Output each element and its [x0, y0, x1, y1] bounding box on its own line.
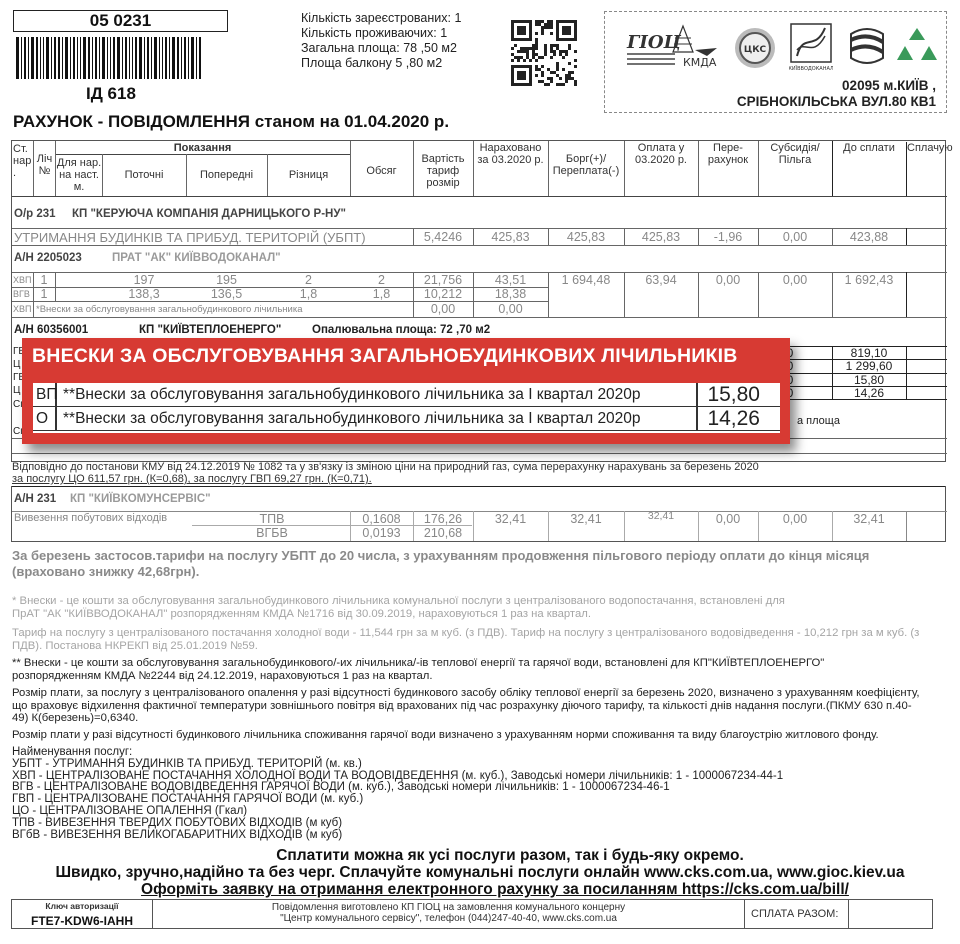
teplo-to-pay-4: 14,26 [832, 386, 906, 400]
note-heating-coefficient: Розмір плати, за послугу з централізован… [12, 687, 947, 725]
note-2-line-1: Тариф на послугу з централізованого пост… [12, 627, 947, 640]
auth-key-label: Ключ авторизації [12, 901, 152, 911]
delivery-address: 02095 м.КИЇВ , СРІБНОКІЛЬСЬКА ВУЛ.80 КВ1 [737, 78, 936, 110]
hvp-volume: 2 [350, 273, 413, 287]
id-label: ІД 618 [86, 84, 136, 104]
cta-line-2: Швидко, зручно,надійно та без черг. Спла… [0, 864, 960, 881]
banner-row-2: О **Внески за обслуговування загальнобуд… [33, 407, 780, 431]
hvp-previous: 195 [186, 273, 267, 287]
recycle-logo-icon [895, 24, 939, 68]
section-code-3: А/Н 60356001 [14, 324, 88, 336]
cta-line-1: Сплатити можна як усі послуги разом, так… [0, 847, 960, 864]
teplo-to-pay-2: 1 299,60 [832, 359, 906, 373]
kmu-note-line-1: Відповідно до постанови КМУ від 24.12.20… [12, 461, 759, 473]
banner-row-1-code: ВП [36, 386, 54, 404]
header-debt: Борг(+)/ Переплата(-) [548, 153, 624, 177]
svg-text:КИЇВВОДОКАНАЛ: КИЇВВОДОКАНАЛ [789, 65, 833, 72]
waste-paid: 32,41 [624, 510, 698, 522]
banner-row-1-amount: 15,80 [707, 383, 760, 407]
hvp-note-tariff: 0,00 [413, 302, 473, 316]
vodokanal-to-pay: 1 692,43 [832, 273, 906, 287]
header-previous: Попередні [186, 169, 267, 181]
banner-table: ВП **Внески за обслуговування загальнобу… [33, 383, 780, 433]
hvp-tariff: 21,756 [413, 273, 473, 287]
cta-line-3[interactable]: Оформіть заявку на отримання електронног… [0, 881, 960, 898]
ubpt-accrued: 425,83 [473, 230, 548, 244]
vodokanal-debt: 1 694,48 [548, 273, 624, 287]
svg-text:КМДА: КМДА [683, 56, 717, 69]
banner-row-1: ВП **Внески за обслуговування загальнобу… [33, 383, 780, 407]
note-1-line-2: ПрАТ "АК "КИЇВВОДОКАНАЛ" розпорядженням … [12, 608, 947, 621]
waste-subsidy: 0,00 [758, 512, 832, 526]
note-vodokanal-fees: * Внески - це кошти за обслуговування за… [12, 595, 947, 620]
hvp-accrued: 43,51 [473, 273, 548, 287]
header-paid: Оплата у 03.2020 р. [624, 142, 698, 166]
stat-residents: Кількість проживаючих: 1 [301, 26, 461, 41]
waste-tpv-label: ТПВ [242, 512, 302, 526]
pay-total-input[interactable] [849, 900, 932, 928]
ubpt-debt: 425,83 [548, 230, 624, 244]
waste-to-pay: 32,41 [832, 512, 906, 526]
section-code-2: А/Н 2205023 [14, 252, 82, 264]
section-provider-3: КП "КИЇВТЕПЛОЕНЕРГО" [139, 324, 281, 336]
waste-service: Вивезення побутових відходів [14, 512, 167, 524]
kyivvodokanal-logo-icon: КИЇВВОДОКАНАЛ [789, 22, 833, 72]
apartment-stats: Кількість зареєстрованих: 1 Кількість пр… [301, 11, 461, 71]
vgv-volume: 1,8 [350, 287, 413, 301]
hvp-difference: 2 [267, 273, 350, 287]
waste-tpv-tariff: 176,26 [413, 512, 473, 526]
note-2-line-2: ПДВ). Постанова НКРЕКП від 25.01.2019 №5… [12, 640, 947, 653]
auth-key-cell: Ключ авторизації FTE7-KDW6-IAHH [12, 900, 153, 928]
ubpt-note-line-2: (враховано знижку 42,68грн). [12, 564, 947, 580]
auth-key-value[interactable]: FTE7-KDW6-IAHH [12, 914, 152, 928]
waste-paying-input[interactable] [908, 513, 944, 539]
section-heated-area: Опалювальна площа: 72 ,70 м2 [312, 324, 490, 336]
cks-logo-icon: ЦКС [733, 26, 777, 70]
kyivteploenergo-logo-icon [845, 24, 889, 68]
header-st-nar: Ст. нар . [13, 143, 33, 179]
section-code-1: О/р 231 [14, 208, 56, 220]
vgv-tariff: 10,212 [413, 287, 473, 301]
ubpt-tariff: 5,4246 [413, 230, 473, 244]
made-by-line-1: Повідомлення виготовлено КП ГІОЦ на замо… [153, 902, 744, 913]
header-to-pay: До сплати [832, 142, 906, 154]
hvp-note-accrued: 0,00 [473, 302, 548, 316]
account-number: 05 0231 [13, 10, 228, 32]
header-readings: Показання [55, 142, 350, 154]
hvp-code: ХВП [13, 275, 33, 285]
vgv-difference: 1,8 [267, 287, 350, 301]
hvp-current: 197 [102, 273, 186, 287]
header-paying: Сплачую [906, 142, 947, 196]
vodokanal-paying-input[interactable] [908, 274, 944, 314]
made-by-line-2: "Центр комунального сервісу", телефон (0… [153, 913, 744, 924]
svg-text:ЦКС: ЦКС [744, 45, 767, 55]
ubpt-discount-note: За березень застосов.тарифи на послугу У… [12, 548, 947, 580]
made-by-cell: Повідомлення виготовлено КП ГІОЦ на замо… [153, 900, 745, 928]
waste-vgbv-volume: 0,0193 [350, 526, 413, 540]
note-1-line-1: * Внески - це кошти за обслуговування за… [12, 595, 947, 608]
stat-registered: Кількість зареєстрованих: 1 [301, 11, 461, 26]
note-4-line-3: 49) К(березень)=0,6340. [12, 712, 947, 725]
vgv-current: 138,3 [102, 287, 186, 301]
waste-debt: 32,41 [548, 512, 624, 526]
vgv-code: ВГВ [13, 289, 33, 299]
hvp-note-code: ХВП [13, 304, 33, 314]
vgv-meter: 1 [33, 287, 55, 301]
banner-row-2-amount: 14,26 [707, 407, 760, 431]
header-volume: Обсяг [350, 165, 413, 177]
service-def-tpv: ТПВ - ВИВЕЗЕННЯ ТВЕРДИХ ПОБУТОВИХ ВІДХОД… [12, 818, 947, 830]
banner-row-2-code: О [36, 410, 54, 428]
qr-code-icon[interactable] [511, 19, 577, 87]
header-subsidy: Субсидія/ Пільга [758, 142, 832, 166]
header-current: Поточні [102, 169, 186, 181]
address-city: 02095 м.КИЇВ , [737, 78, 936, 94]
stat-balcony-area: Площа балкону 5 ,80 м2 [301, 56, 461, 71]
vodokanal-paid: 63,94 [624, 273, 698, 287]
header-recalc: Пере- рахунок [698, 142, 758, 166]
footer-bar: Ключ авторизації FTE7-KDW6-IAHH Повідомл… [11, 899, 933, 929]
header-for-next-month: Для нар. на наст. м. [56, 157, 102, 193]
ubpt-to-pay: 423,88 [832, 230, 906, 244]
waste-vgbv-tariff: 210,68 [413, 526, 473, 540]
note-hot-water: Розмір плати у разі відсутності будинков… [12, 729, 947, 742]
service-def-co: ЦО - ЦЕНТРАЛІЗОВАНЕ ОПАЛЕННЯ (Гкал) [12, 806, 947, 818]
waste-tpv-volume: 0,1608 [350, 512, 413, 526]
header-tariff: Вартість тариф розмір [413, 153, 473, 189]
teplo-area-tail: а площа [797, 415, 840, 427]
note-3-line-1: ** Внески - це кошти за обслуговування з… [12, 657, 947, 670]
header-accrued: Нараховано за 03.2020 р. [473, 142, 548, 166]
teplo-to-pay-3: 15,80 [832, 373, 906, 387]
kmu-recalc-note: Відповідно до постанови КМУ від 24.12.20… [12, 461, 759, 485]
ubpt-note-line-1: За березень застосов.тарифи на послугу У… [12, 548, 947, 564]
kmu-note-line-2: за послугу ЦО 611,57 грн. (К=0,68), за п… [12, 473, 759, 485]
teplo-code-4: Ц [13, 385, 20, 396]
section-provider-1: КП "КЕРУЮЧА КОМПАНІЯ ДАРНИЦЬКОГО Р-НУ" [72, 208, 346, 220]
vodokanal-subsidy: 0,00 [758, 273, 832, 287]
stat-total-area: Загальна площа: 78 ,50 м2 [301, 41, 461, 56]
ubpt-paying-input[interactable] [908, 230, 944, 243]
section-code-4: А/Н 231 [14, 493, 56, 505]
pay-total-label: СПЛАТА РАЗОМ: [745, 900, 849, 928]
vodokanal-recalc: 0,00 [698, 273, 758, 287]
hvp-meter: 1 [33, 273, 55, 287]
header-meter-no: Ліч № [34, 153, 55, 177]
address-street: СРІБНОКІЛЬСЬКА ВУЛ.80 КВ1 [737, 94, 936, 110]
waste-accrued: 32,41 [473, 512, 548, 526]
ubpt-paid: 425,83 [624, 230, 698, 244]
banner-title: ВНЕСКИ ЗА ОБСЛУГОВУВАННЯ ЗАГАЛЬНОБУДИНКО… [32, 345, 738, 368]
service-def-ubpt: УБПТ - УТРИМАННЯ БУДИНКІВ ТА ПРИБУД. ТЕР… [12, 759, 947, 771]
banner-row-1-desc: **Внески за обслуговування загальнобудин… [63, 386, 641, 404]
note-3-line-2: розпорядженням КМДА №2244 від 24.12.2019… [12, 670, 947, 683]
ubpt-subsidy: 0,00 [758, 230, 832, 244]
note-4-line-2: що враховує відхилення фактичної темпера… [12, 700, 947, 713]
note-teploenergo-fees: ** Внески - це кошти за обслуговування з… [12, 657, 947, 682]
banner-row-2-desc: **Внески за обслуговування загальнобудин… [63, 410, 641, 428]
page-title: РАХУНОК - ПОВІДОМЛЕННЯ станом на 01.04.2… [13, 112, 449, 132]
note-4-line-1: Розмір плати, за послугу з централізован… [12, 687, 947, 700]
teplo-to-pay-1: 819,10 [832, 346, 906, 360]
barcode [16, 37, 216, 79]
vgv-previous: 136,5 [186, 287, 267, 301]
section-provider-2: ПРАТ "АК" КИЇВВОДОКАНАЛ" [112, 252, 281, 264]
common-meter-fees-banner: ВНЕСКИ ЗА ОБСЛУГОВУВАННЯ ЗАГАЛЬНОБУДИНКО… [22, 338, 790, 444]
services-legend: Найменування послуг: УБПТ - УТРИМАННЯ БУ… [12, 747, 947, 841]
hvp-note-text: *Внески за обслуговування загальнобудинк… [36, 304, 406, 315]
gioc-kmda-logo-icon: ГІОЦ КМДА [625, 24, 725, 70]
ubpt-service: УТРИМАННЯ БУДИНКІВ ТА ПРИБУД. ТЕРИТОРІЙ … [14, 230, 394, 245]
waste-vgbv-label: ВГБВ [242, 526, 302, 540]
header-difference: Різниця [267, 169, 350, 181]
section-provider-4: КП "КИЇВКОМУНСЕРВІС" [70, 493, 211, 505]
waste-recalc: 0,00 [698, 512, 758, 526]
vgv-accrued: 18,38 [473, 287, 548, 301]
ubpt-recalc: -1,96 [698, 230, 758, 244]
kyivkomunservis-section: А/Н 231 КП "КИЇВКОМУНСЕРВІС" Вивезення п… [11, 486, 946, 542]
logos-panel: ГІОЦ КМДА ЦКС КИЇВВОДОКАНАЛ 02095 м.КИЇВ… [604, 11, 947, 113]
note-water-tariff: Тариф на послугу з централізованого пост… [12, 627, 947, 652]
teplo-code-2: Ц [13, 359, 20, 370]
service-def-vgbv: ВГбВ - ВИВЕЗЕННЯ ВЕЛИКОГАБАРИТНИХ ВІДХОД… [12, 830, 947, 842]
